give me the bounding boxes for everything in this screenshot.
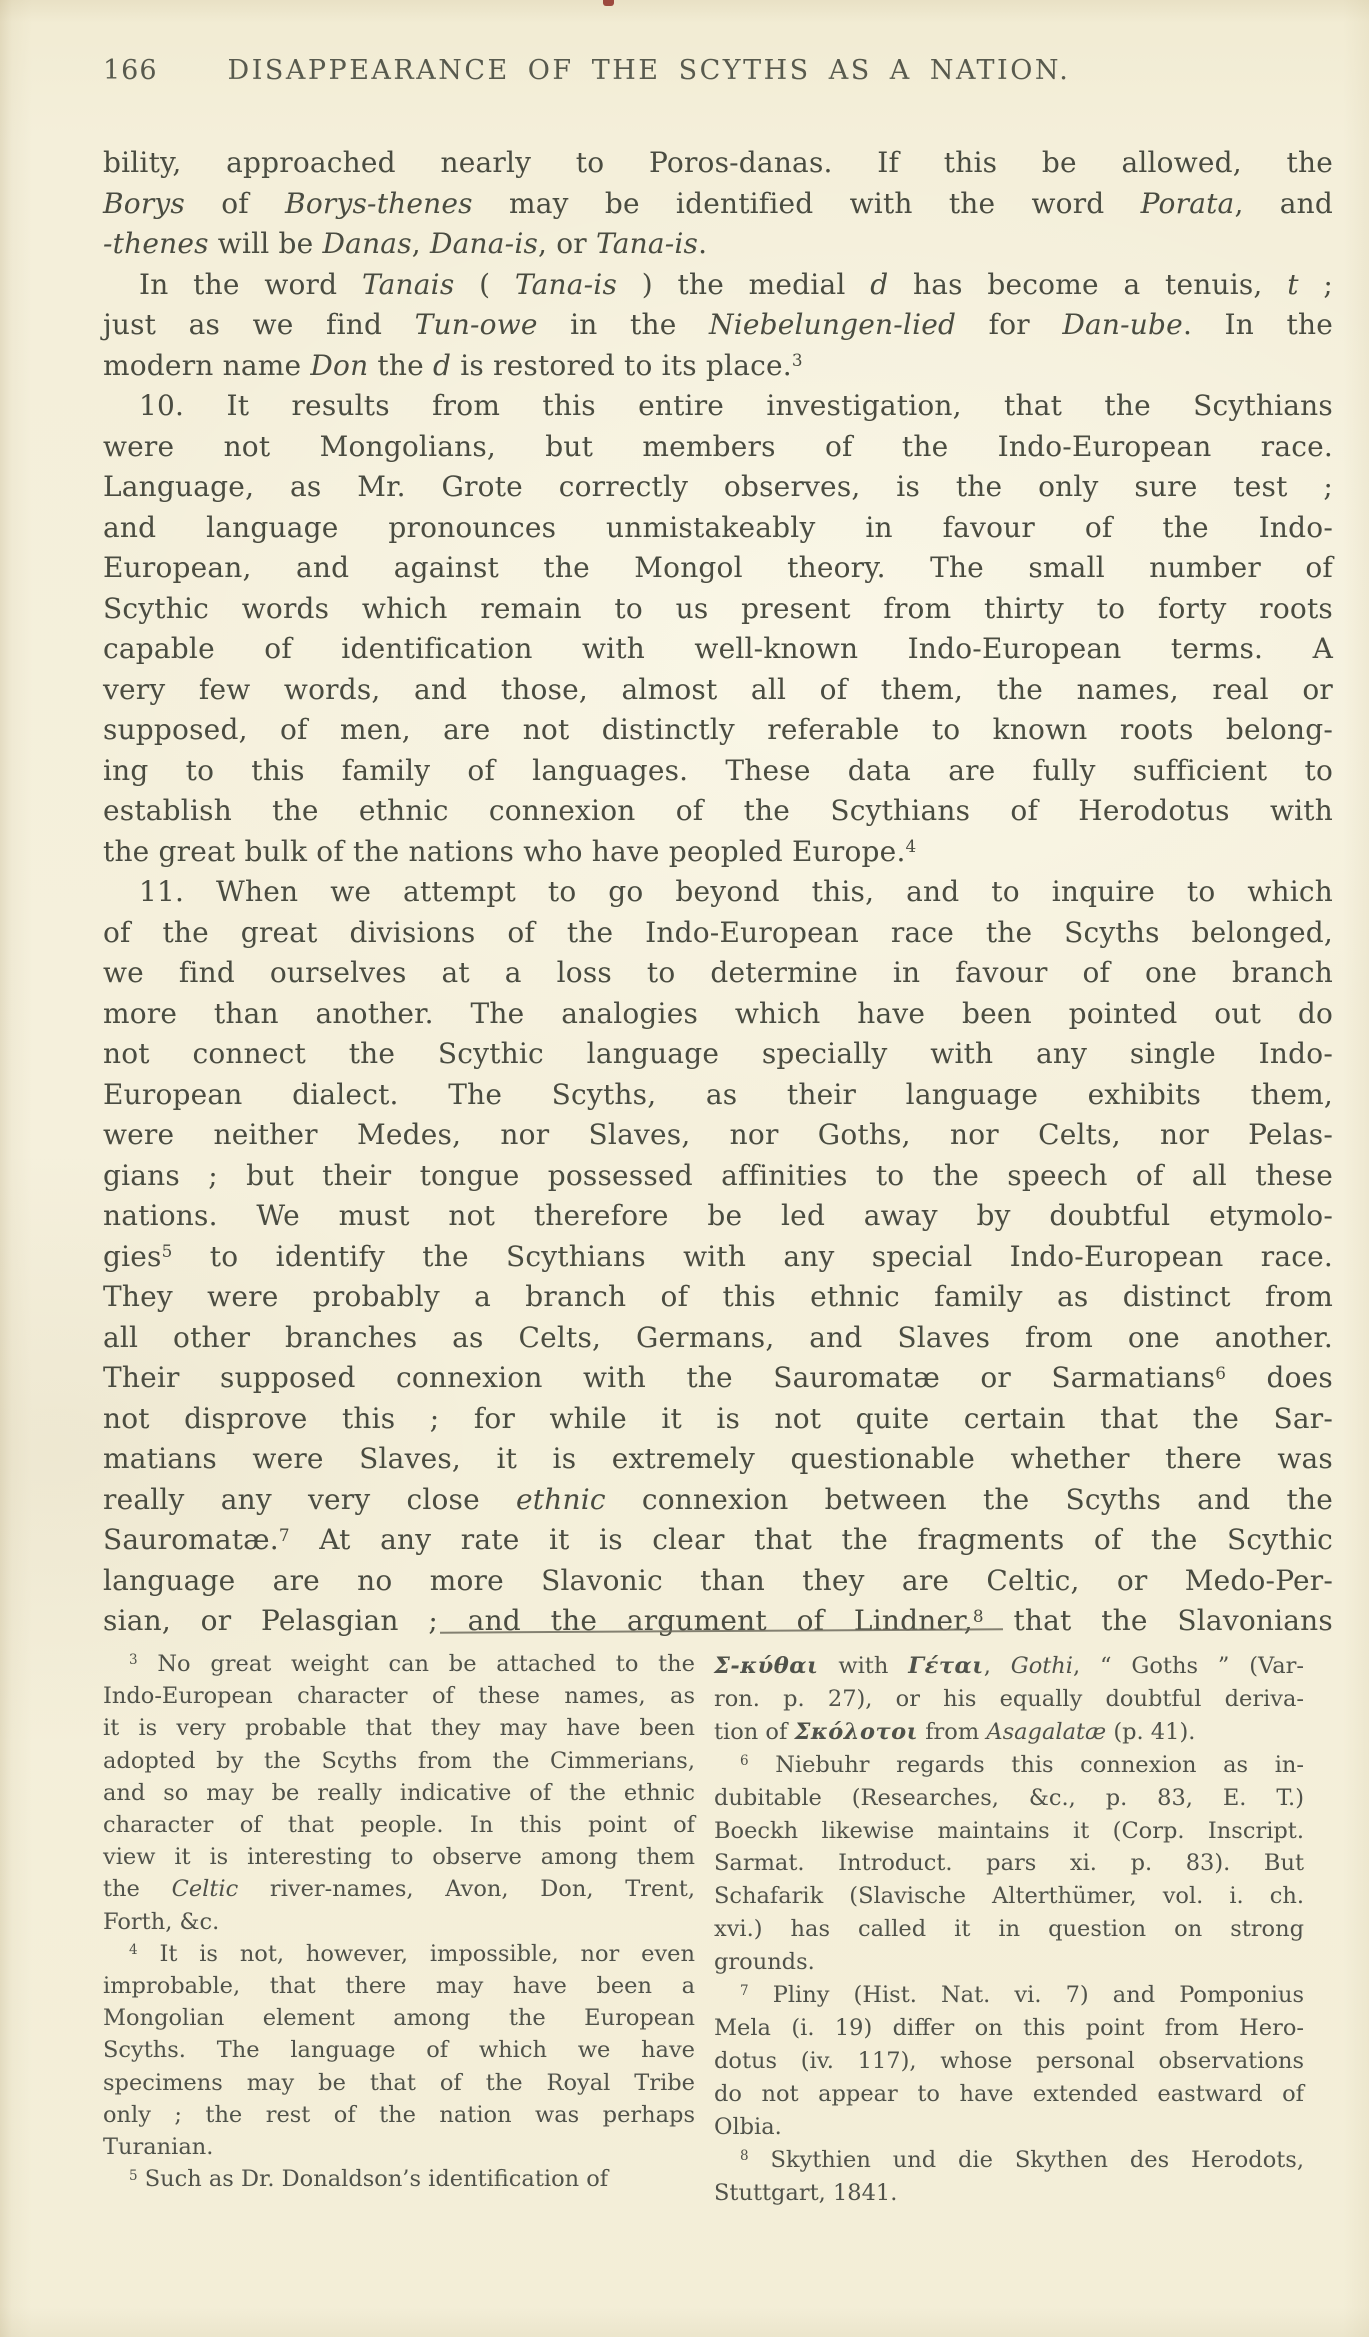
text-line: supposed, of men, are not distinctly ref… bbox=[103, 710, 1333, 751]
text-segment: improbable, that there may have been a bbox=[103, 1973, 695, 1999]
text-line: 8 Skythien und die Skythen des Herodots, bbox=[714, 2144, 1304, 2177]
footnote-reference: 5 bbox=[162, 1241, 173, 1261]
footnote-reference: 4 bbox=[906, 836, 917, 856]
text-line: Indo-European character of these names, … bbox=[103, 1680, 695, 1712]
text-segment: adopted by the Scyths from the Cimmerian… bbox=[103, 1748, 695, 1774]
text-line: we find ourselves at a loss to determine… bbox=[103, 953, 1333, 994]
text-line: Their supposed connexion with the Saurom… bbox=[103, 1358, 1333, 1399]
text-segment: . In the bbox=[1183, 308, 1333, 341]
text-segment: and so may be really indicative of the e… bbox=[103, 1780, 695, 1806]
text-segment: grounds. bbox=[714, 1949, 815, 1975]
footnote-reference: 6 bbox=[1215, 1363, 1226, 1383]
text-line: all other branches as Celts, Germans, an… bbox=[103, 1318, 1333, 1359]
text-line: Forth, &c. bbox=[103, 1906, 695, 1938]
text-segment: of the great divisions of the Indo-Europ… bbox=[103, 916, 1333, 949]
text-line: 4 It is not, however, impossible, nor ev… bbox=[103, 1938, 695, 1970]
text-segment: Boeckh likewise maintains it (Corp. Insc… bbox=[714, 1818, 1304, 1844]
text-segment: not disprove this ; for while it is not … bbox=[103, 1402, 1333, 1435]
text-line: Σ-κύθαι with Γέται, Gothi, “ Goths ” (Va… bbox=[714, 1650, 1304, 1683]
footnote-reference: 3 bbox=[129, 1652, 138, 1668]
text-segment: ; bbox=[1299, 268, 1333, 301]
text-segment: view it is interesting to observe among … bbox=[103, 1844, 695, 1870]
text-segment: and language pronounces unmistakeably in… bbox=[103, 511, 1333, 544]
italic-text: Asagalatæ bbox=[986, 1719, 1106, 1745]
text-line: Sarmat. Introduct. pars xi. p. 83). But bbox=[714, 1847, 1304, 1880]
greek-text: Γέται bbox=[908, 1653, 984, 1679]
text-line: character of that people. In this point … bbox=[103, 1809, 695, 1841]
text-line: Stuttgart, 1841. bbox=[714, 2177, 1304, 2210]
text-segment: No great weight can be attached to the bbox=[138, 1651, 695, 1677]
italic-text: Celtic bbox=[172, 1876, 239, 1902]
text-line: Mongolian element among the European bbox=[103, 2002, 695, 2034]
text-line: only ; the rest of the nation was perhap… bbox=[103, 2099, 695, 2131]
text-line: tion of Σκόλοτοι from Asagalatæ (p. 41). bbox=[714, 1716, 1304, 1749]
text-segment: bility, approached nearly to Poros-danas… bbox=[103, 146, 1333, 179]
text-line: Borys of Borys-thenes may be identified … bbox=[103, 184, 1333, 225]
text-segment: 11. When we attempt to go beyond this, a… bbox=[139, 875, 1333, 908]
text-segment: has become a tenuis, bbox=[888, 268, 1287, 301]
text-segment: . bbox=[698, 227, 707, 260]
text-segment: Such as Dr. Donaldson’s identification o… bbox=[138, 2166, 609, 2192]
text-segment: is restored to its place. bbox=[451, 349, 792, 382]
text-segment: of bbox=[185, 187, 285, 220]
text-segment: that the Slavonians bbox=[984, 1604, 1333, 1637]
text-line: Turanian. bbox=[103, 2131, 695, 2163]
text-segment: with bbox=[818, 1653, 908, 1679]
text-segment: the great bulk of the nations who have p… bbox=[103, 835, 906, 868]
text-line: were neither Medes, nor Slaves, nor Goth… bbox=[103, 1115, 1333, 1156]
text-line: gies5 to identify the Scythians with any… bbox=[103, 1237, 1333, 1278]
text-segment: will be bbox=[209, 227, 323, 260]
text-segment: At any rate it is clear that the fragmen… bbox=[290, 1523, 1333, 1556]
text-segment: gians ; but their tongue possessed affin… bbox=[103, 1159, 1333, 1192]
footnote-column-right: Σ-κύθαι with Γέται, Gothi, “ Goths ” (Va… bbox=[714, 1650, 1304, 2209]
text-line: gians ; but their tongue possessed affin… bbox=[103, 1156, 1333, 1197]
text-segment: Forth, &c. bbox=[103, 1909, 219, 1935]
text-line: ron. p. 27), or his equally doubtful der… bbox=[714, 1683, 1304, 1716]
text-segment: ing to this family of languages. These d… bbox=[103, 754, 1333, 787]
italic-text: Tana-is bbox=[596, 227, 698, 260]
footnote-reference: 3 bbox=[792, 350, 803, 370]
text-line: 5 Such as Dr. Donaldson’s identification… bbox=[103, 2163, 695, 2195]
text-line: establish the ethnic connexion of the Sc… bbox=[103, 791, 1333, 832]
text-line: Schafarik (Slavische Alterthümer, vol. i… bbox=[714, 1880, 1304, 1913]
main-text-block: bility, approached nearly to Poros-danas… bbox=[103, 143, 1333, 1642]
italic-text: Dan-ube bbox=[1062, 308, 1183, 341]
text-segment: European, and against the Mongol theory.… bbox=[103, 551, 1333, 584]
text-line: -thenes will be Danas, Dana-is, or Tana-… bbox=[103, 224, 1333, 265]
text-line: In the word Tanais ( Tana-is ) the media… bbox=[103, 265, 1333, 306]
text-segment: , bbox=[412, 227, 430, 260]
text-segment: do not appear to have extended eastward … bbox=[714, 2081, 1304, 2107]
italic-text: t bbox=[1287, 268, 1298, 301]
text-line: improbable, that there may have been a bbox=[103, 1970, 695, 2002]
text-segment: we find ourselves at a loss to determine… bbox=[103, 956, 1333, 989]
italic-text: Gothi bbox=[1011, 1653, 1073, 1679]
text-line: adopted by the Scyths from the Cimmerian… bbox=[103, 1745, 695, 1777]
text-line: 6 Niebuhr regards this connexion as in- bbox=[714, 1749, 1304, 1782]
footnote-column-left: 3 No great weight can be attached to the… bbox=[103, 1648, 695, 2195]
text-segment: does bbox=[1226, 1361, 1333, 1394]
text-segment: Language, as Mr. Grote correctly observe… bbox=[103, 470, 1333, 503]
text-line: specimens may be that of the Royal Tribe bbox=[103, 2067, 695, 2099]
text-segment: really any very close bbox=[103, 1483, 516, 1516]
text-segment: Stuttgart, 1841. bbox=[714, 2180, 897, 2206]
text-segment: Scythic words which remain to us present… bbox=[103, 592, 1333, 625]
text-line: 7 Pliny (Hist. Nat. vi. 7) and Pomponius bbox=[714, 1979, 1304, 2012]
text-line: not connect the Scythic language special… bbox=[103, 1034, 1333, 1075]
text-segment: , or bbox=[538, 227, 596, 260]
text-line: ing to this family of languages. These d… bbox=[103, 751, 1333, 792]
text-line: xvi.) has called it in question on stron… bbox=[714, 1913, 1304, 1946]
text-segment: very few words, and those, almost all of… bbox=[103, 673, 1333, 706]
text-line: European, and against the Mongol theory.… bbox=[103, 548, 1333, 589]
text-line: do not appear to have extended eastward … bbox=[714, 2078, 1304, 2111]
text-segment: Mela (i. 19) differ on this point from H… bbox=[714, 2015, 1304, 2041]
text-segment: , and bbox=[1234, 187, 1333, 220]
text-line: 11. When we attempt to go beyond this, a… bbox=[103, 872, 1333, 913]
text-line: Language, as Mr. Grote correctly observe… bbox=[103, 467, 1333, 508]
text-segment: Olbia. bbox=[714, 2114, 782, 2140]
text-line: Sauromatæ.7 At any rate it is clear that… bbox=[103, 1520, 1333, 1561]
text-segment: were neither Medes, nor Slaves, nor Goth… bbox=[103, 1118, 1333, 1151]
text-segment: connexion between the Scyths and the bbox=[606, 1483, 1333, 1516]
text-segment: nations. We must not therefore be led aw… bbox=[103, 1199, 1333, 1232]
text-line: really any very close ethnic connexion b… bbox=[103, 1480, 1333, 1521]
italic-text: d bbox=[870, 268, 888, 301]
text-line: capable of identification with well-know… bbox=[103, 629, 1333, 670]
italic-text: Dana-is bbox=[430, 227, 538, 260]
italic-text: ethnic bbox=[516, 1483, 606, 1516]
text-segment: Niebuhr regards this connexion as in- bbox=[749, 1752, 1304, 1778]
text-segment: 10. It results from this entire investig… bbox=[139, 389, 1333, 422]
text-segment: Scyths. The language of which we have bbox=[103, 2037, 695, 2063]
text-segment: They were probably a branch of this ethn… bbox=[103, 1280, 1333, 1313]
text-line: very few words, and those, almost all of… bbox=[103, 670, 1333, 711]
text-line: language are no more Slavonic than they … bbox=[103, 1561, 1333, 1602]
text-segment: not connect the Scythic language special… bbox=[103, 1037, 1333, 1070]
text-segment: were not Mongolians, but members of the … bbox=[103, 430, 1333, 463]
text-segment: specimens may be that of the Royal Tribe bbox=[103, 2070, 695, 2096]
italic-text: Don bbox=[310, 349, 368, 382]
text-segment: language are no more Slavonic than they … bbox=[103, 1564, 1333, 1597]
scan-artifact-mark bbox=[603, 0, 614, 6]
text-line: European dialect. The Scyths, as their l… bbox=[103, 1075, 1333, 1116]
running-head-title: DISAPPEARANCE OF THE SCYTHS AS A NATION. bbox=[228, 55, 1071, 86]
text-line: bility, approached nearly to Poros-danas… bbox=[103, 143, 1333, 184]
page-header: 166DISAPPEARANCE OF THE SCYTHS AS A NATI… bbox=[103, 56, 1333, 86]
text-line: Olbia. bbox=[714, 2111, 1304, 2144]
text-segment: ron. p. 27), or his equally doubtful der… bbox=[714, 1686, 1304, 1712]
page-number: 166 bbox=[103, 55, 158, 86]
italic-text: Porata bbox=[1141, 187, 1235, 220]
italic-text: Tana-is bbox=[515, 268, 617, 301]
text-segment: , bbox=[984, 1653, 1011, 1679]
text-segment: in the bbox=[538, 308, 709, 341]
text-segment: Skythien und die Skythen des Herodots, bbox=[749, 2147, 1304, 2173]
text-segment: all other branches as Celts, Germans, an… bbox=[103, 1321, 1333, 1354]
text-segment: more than another. The analogies which h… bbox=[103, 997, 1333, 1030]
text-segment: tion of bbox=[714, 1719, 794, 1745]
text-segment: river-names, Avon, Don, Trent, bbox=[238, 1876, 695, 1902]
text-line: grounds. bbox=[714, 1946, 1304, 1979]
text-segment: In the word bbox=[139, 268, 362, 301]
text-segment: Indo-European character of these names, … bbox=[103, 1683, 695, 1709]
text-segment: dotus (iv. 117), whose personal observat… bbox=[714, 2048, 1304, 2074]
text-segment: Turanian. bbox=[103, 2134, 213, 2160]
text-segment: gies bbox=[103, 1240, 162, 1273]
text-line: dotus (iv. 117), whose personal observat… bbox=[714, 2045, 1304, 2078]
text-line: nations. We must not therefore be led aw… bbox=[103, 1196, 1333, 1237]
text-line: Scyths. The language of which we have bbox=[103, 2034, 695, 2066]
text-line: dubitable (Researches, &c., p. 83, E. T.… bbox=[714, 1782, 1304, 1815]
text-segment: Their supposed connexion with the Saurom… bbox=[103, 1361, 1215, 1394]
greek-text: Σ-κύθαι bbox=[714, 1653, 818, 1679]
footnote-reference: 8 bbox=[740, 2148, 749, 2164]
footnote-reference: 7 bbox=[279, 1525, 290, 1545]
text-segment: from bbox=[918, 1719, 986, 1745]
text-segment: matians were Slaves, it is extremely que… bbox=[103, 1442, 1333, 1475]
text-segment: to identify the Scythians with any speci… bbox=[173, 1240, 1333, 1273]
footnote-reference: 6 bbox=[740, 1753, 749, 1769]
italic-text: Niebelungen-lied bbox=[709, 308, 956, 341]
text-segment: , “ Goths ” (Var- bbox=[1073, 1653, 1304, 1679]
italic-text: d bbox=[433, 349, 451, 382]
text-line: more than another. The analogies which h… bbox=[103, 994, 1333, 1035]
text-segment: may be identified with the word bbox=[473, 187, 1141, 220]
text-line: They were probably a branch of this ethn… bbox=[103, 1277, 1333, 1318]
text-line: and so may be really indicative of the e… bbox=[103, 1777, 695, 1809]
text-line: 10. It results from this entire investig… bbox=[103, 386, 1333, 427]
text-segment: character of that people. In this point … bbox=[103, 1812, 695, 1838]
text-segment: supposed, of men, are not distinctly ref… bbox=[103, 713, 1333, 746]
text-line: were not Mongolians, but members of the … bbox=[103, 427, 1333, 468]
text-line: just as we find Tun-owe in the Niebelung… bbox=[103, 305, 1333, 346]
text-segment: (p. 41). bbox=[1106, 1719, 1195, 1745]
text-segment: capable of identification with well-know… bbox=[103, 632, 1333, 665]
italic-text: Borys bbox=[103, 187, 185, 220]
greek-text: Σκόλοτοι bbox=[794, 1719, 918, 1745]
text-segment: just as we find bbox=[103, 308, 415, 341]
text-segment: ( bbox=[454, 268, 515, 301]
text-segment: xvi.) has called it in question on stron… bbox=[714, 1916, 1304, 1942]
text-segment: for bbox=[956, 308, 1062, 341]
text-segment: it is very probable that they may have b… bbox=[103, 1715, 695, 1741]
text-segment: the bbox=[368, 349, 433, 382]
text-segment: Sauromatæ. bbox=[103, 1523, 279, 1556]
text-line: not disprove this ; for while it is not … bbox=[103, 1399, 1333, 1440]
text-line: the Celtic river-names, Avon, Don, Trent… bbox=[103, 1873, 695, 1905]
footnote-reference: 5 bbox=[129, 2168, 138, 2184]
text-segment: Pliny (Hist. Nat. vi. 7) and Pomponius bbox=[749, 1982, 1304, 2008]
italic-text: -thenes bbox=[103, 227, 209, 260]
footnote-reference: 7 bbox=[740, 1983, 749, 1999]
text-line: matians were Slaves, it is extremely que… bbox=[103, 1439, 1333, 1480]
text-segment: dubitable (Researches, &c., p. 83, E. T.… bbox=[714, 1785, 1304, 1811]
text-line: and language pronounces unmistakeably in… bbox=[103, 508, 1333, 549]
italic-text: Tun-owe bbox=[415, 308, 538, 341]
text-segment: European dialect. The Scyths, as their l… bbox=[103, 1078, 1333, 1111]
text-line: Mela (i. 19) differ on this point from H… bbox=[714, 2012, 1304, 2045]
text-line: of the great divisions of the Indo-Europ… bbox=[103, 913, 1333, 954]
book-page-scan: 166DISAPPEARANCE OF THE SCYTHS AS A NATI… bbox=[0, 0, 1369, 2337]
text-line: Boeckh likewise maintains it (Corp. Insc… bbox=[714, 1815, 1304, 1848]
footnote-reference: 4 bbox=[129, 1942, 138, 1958]
text-line: view it is interesting to observe among … bbox=[103, 1841, 695, 1873]
text-segment: modern name bbox=[103, 349, 310, 382]
italic-text: Danas bbox=[323, 227, 412, 260]
text-segment: It is not, however, impossible, nor even bbox=[138, 1941, 695, 1967]
text-segment: the bbox=[103, 1876, 172, 1902]
text-line: the great bulk of the nations who have p… bbox=[103, 832, 1333, 873]
text-segment: Mongolian element among the European bbox=[103, 2005, 695, 2031]
text-line: modern name Don the d is restored to its… bbox=[103, 346, 1333, 387]
text-segment: Sarmat. Introduct. pars xi. p. 83). But bbox=[714, 1850, 1304, 1876]
text-segment: ) the medial bbox=[617, 268, 870, 301]
text-segment: Schafarik (Slavische Alterthümer, vol. i… bbox=[714, 1883, 1304, 1909]
italic-text: Tanais bbox=[362, 268, 454, 301]
text-line: 3 No great weight can be attached to the bbox=[103, 1648, 695, 1680]
text-line: it is very probable that they may have b… bbox=[103, 1712, 695, 1744]
text-line: sian, or Pelasgian ; and the argument of… bbox=[103, 1601, 1333, 1642]
text-segment: establish the ethnic connexion of the Sc… bbox=[103, 794, 1333, 827]
footnote-reference: 8 bbox=[973, 1606, 984, 1626]
italic-text: Borys-thenes bbox=[285, 187, 473, 220]
text-segment: only ; the rest of the nation was perhap… bbox=[103, 2102, 695, 2128]
text-line: Scythic words which remain to us present… bbox=[103, 589, 1333, 630]
